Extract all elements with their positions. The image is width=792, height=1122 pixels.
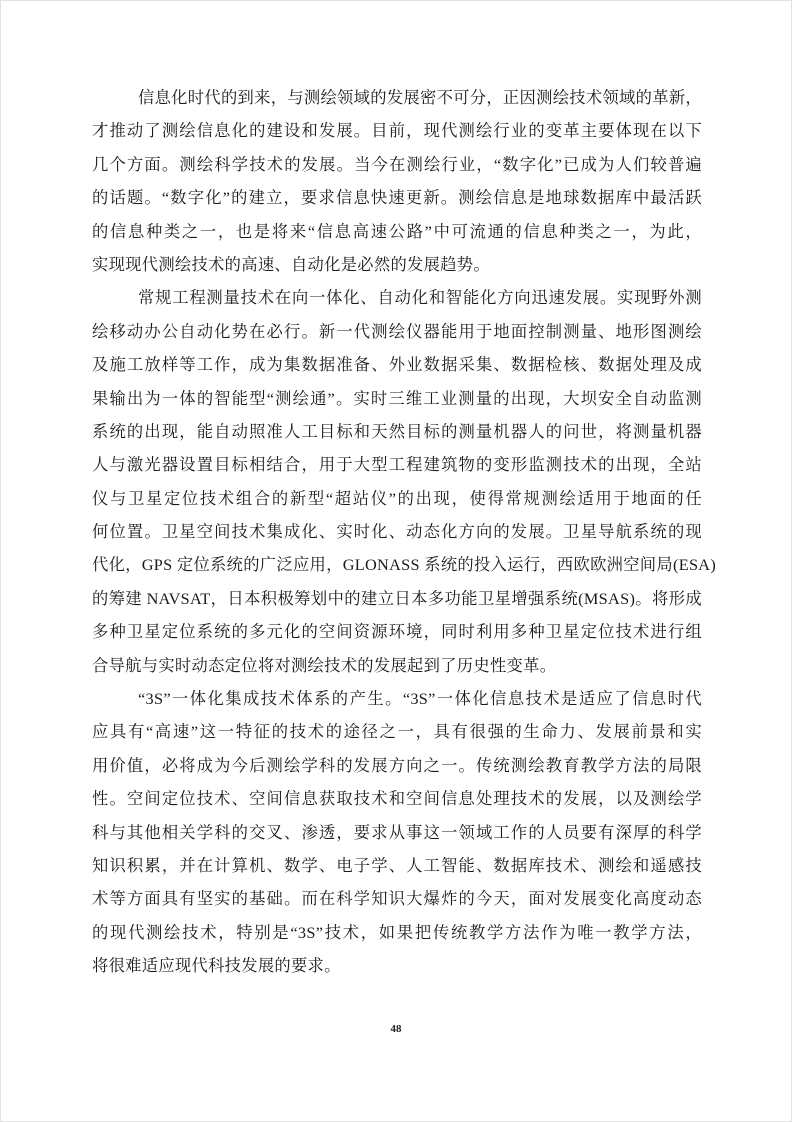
text-line: 几个方面。测绘科学技术的发展。当今在测绘行业，“数字化”已成为人们较普遍 (92, 148, 702, 181)
text-line: 的信息种类之一，也是将来“信息高速公路”中可流通的信息种类之一，为此， (92, 215, 702, 248)
text-line: 实现现代测绘技术的高速、自动化是必然的发展趋势。 (92, 248, 702, 281)
page-number: 48 (1, 1023, 791, 1035)
text-line: 将很难适应现代科技发展的要求。 (92, 949, 702, 982)
text-line: 信息化时代的到来，与测绘领域的发展密不可分，正因测绘技术领域的革新， (92, 81, 702, 114)
text-line: 多种卫星定位系统的多元化的空间资源环境，同时利用多种卫星定位技术进行组 (92, 615, 702, 648)
text-line: 代化，GPS 定位系统的广泛应用，GLONASS 系统的投入运行，西欧欧洲空间局… (92, 548, 702, 581)
text-line: “3S”一体化集成技术体系的产生。“3S”一体化信息技术是适应了信息时代 (92, 682, 702, 715)
paragraph: 信息化时代的到来，与测绘领域的发展密不可分，正因测绘技术领域的革新，才推动了测绘… (92, 81, 702, 281)
text-line: 科与其他相关学科的交叉、渗透，要求从事这一领域工作的人员要有深厚的科学 (92, 816, 702, 849)
text-line: 的现代测绘技术，特别是“3S”技术，如果把传统教学方法作为唯一教学方法， (92, 916, 702, 949)
text-line: 知识积累，并在计算机、数学、电子学、人工智能、数据库技术、测绘和遥感技 (92, 849, 702, 882)
text-line: 的筹建 NAVSAT，日本积极筹划中的建立日本多功能卫星增强系统(MSAS)。将… (92, 582, 702, 615)
text-line: 术等方面具有坚实的基础。而在科学知识大爆炸的今天，面对发展变化高度动态 (92, 882, 702, 915)
text-line: 及施工放样等工作，成为集数据准备、外业数据采集、数据检核、数据处理及成 (92, 348, 702, 381)
text-line: 仪与卫星定位技术组合的新型“超站仪”的出现，使得常规测绘适用于地面的任 (92, 482, 702, 515)
document-page: 信息化时代的到来，与测绘领域的发展密不可分，正因测绘技术领域的革新，才推动了测绘… (0, 0, 792, 1122)
text-line: 绘移动办公自动化势在必行。新一代测绘仪器能用于地面控制测量、地形图测绘 (92, 315, 702, 348)
paragraph: 常规工程测量技术在向一体化、自动化和智能化方向迅速发展。实现野外测绘移动办公自动… (92, 281, 702, 682)
text-line: 用价值，必将成为今后测绘学科的发展方向之一。传统测绘教育教学方法的局限 (92, 749, 702, 782)
text-line: 才推动了测绘信息化的建设和发展。目前，现代测绘行业的变革主要体现在以下 (92, 114, 702, 147)
text-line: 果输出为一体的智能型“测绘通”。实时三维工业测量的出现，大坝安全自动监测 (92, 382, 702, 415)
text-line: 的话题。“数字化”的建立，要求信息快速更新。测绘信息是地球数据库中最活跃 (92, 181, 702, 214)
text-line: 人与激光器设置目标相结合，用于大型工程建筑物的变形监测技术的出现，全站 (92, 448, 702, 481)
text-line: 何位置。卫星空间技术集成化、实时化、动态化方向的发展。卫星导航系统的现 (92, 515, 702, 548)
text-line: 性。空间定位技术、空间信息获取技术和空间信息处理技术的发展，以及测绘学 (92, 782, 702, 815)
paragraph: “3S”一体化集成技术体系的产生。“3S”一体化信息技术是适应了信息时代应具有“… (92, 682, 702, 983)
text-block: 信息化时代的到来，与测绘领域的发展密不可分，正因测绘技术领域的革新，才推动了测绘… (92, 81, 702, 983)
text-line: 系统的出现，能自动照准人工目标和天然目标的测量机器人的问世，将测量机器 (92, 415, 702, 448)
text-line: 常规工程测量技术在向一体化、自动化和智能化方向迅速发展。实现野外测 (92, 281, 702, 314)
text-line: 应具有“高速”这一特征的技术的途径之一，具有很强的生命力、发展前景和实 (92, 715, 702, 748)
text-line: 合导航与实时动态定位将对测绘技术的发展起到了历史性变革。 (92, 649, 702, 682)
